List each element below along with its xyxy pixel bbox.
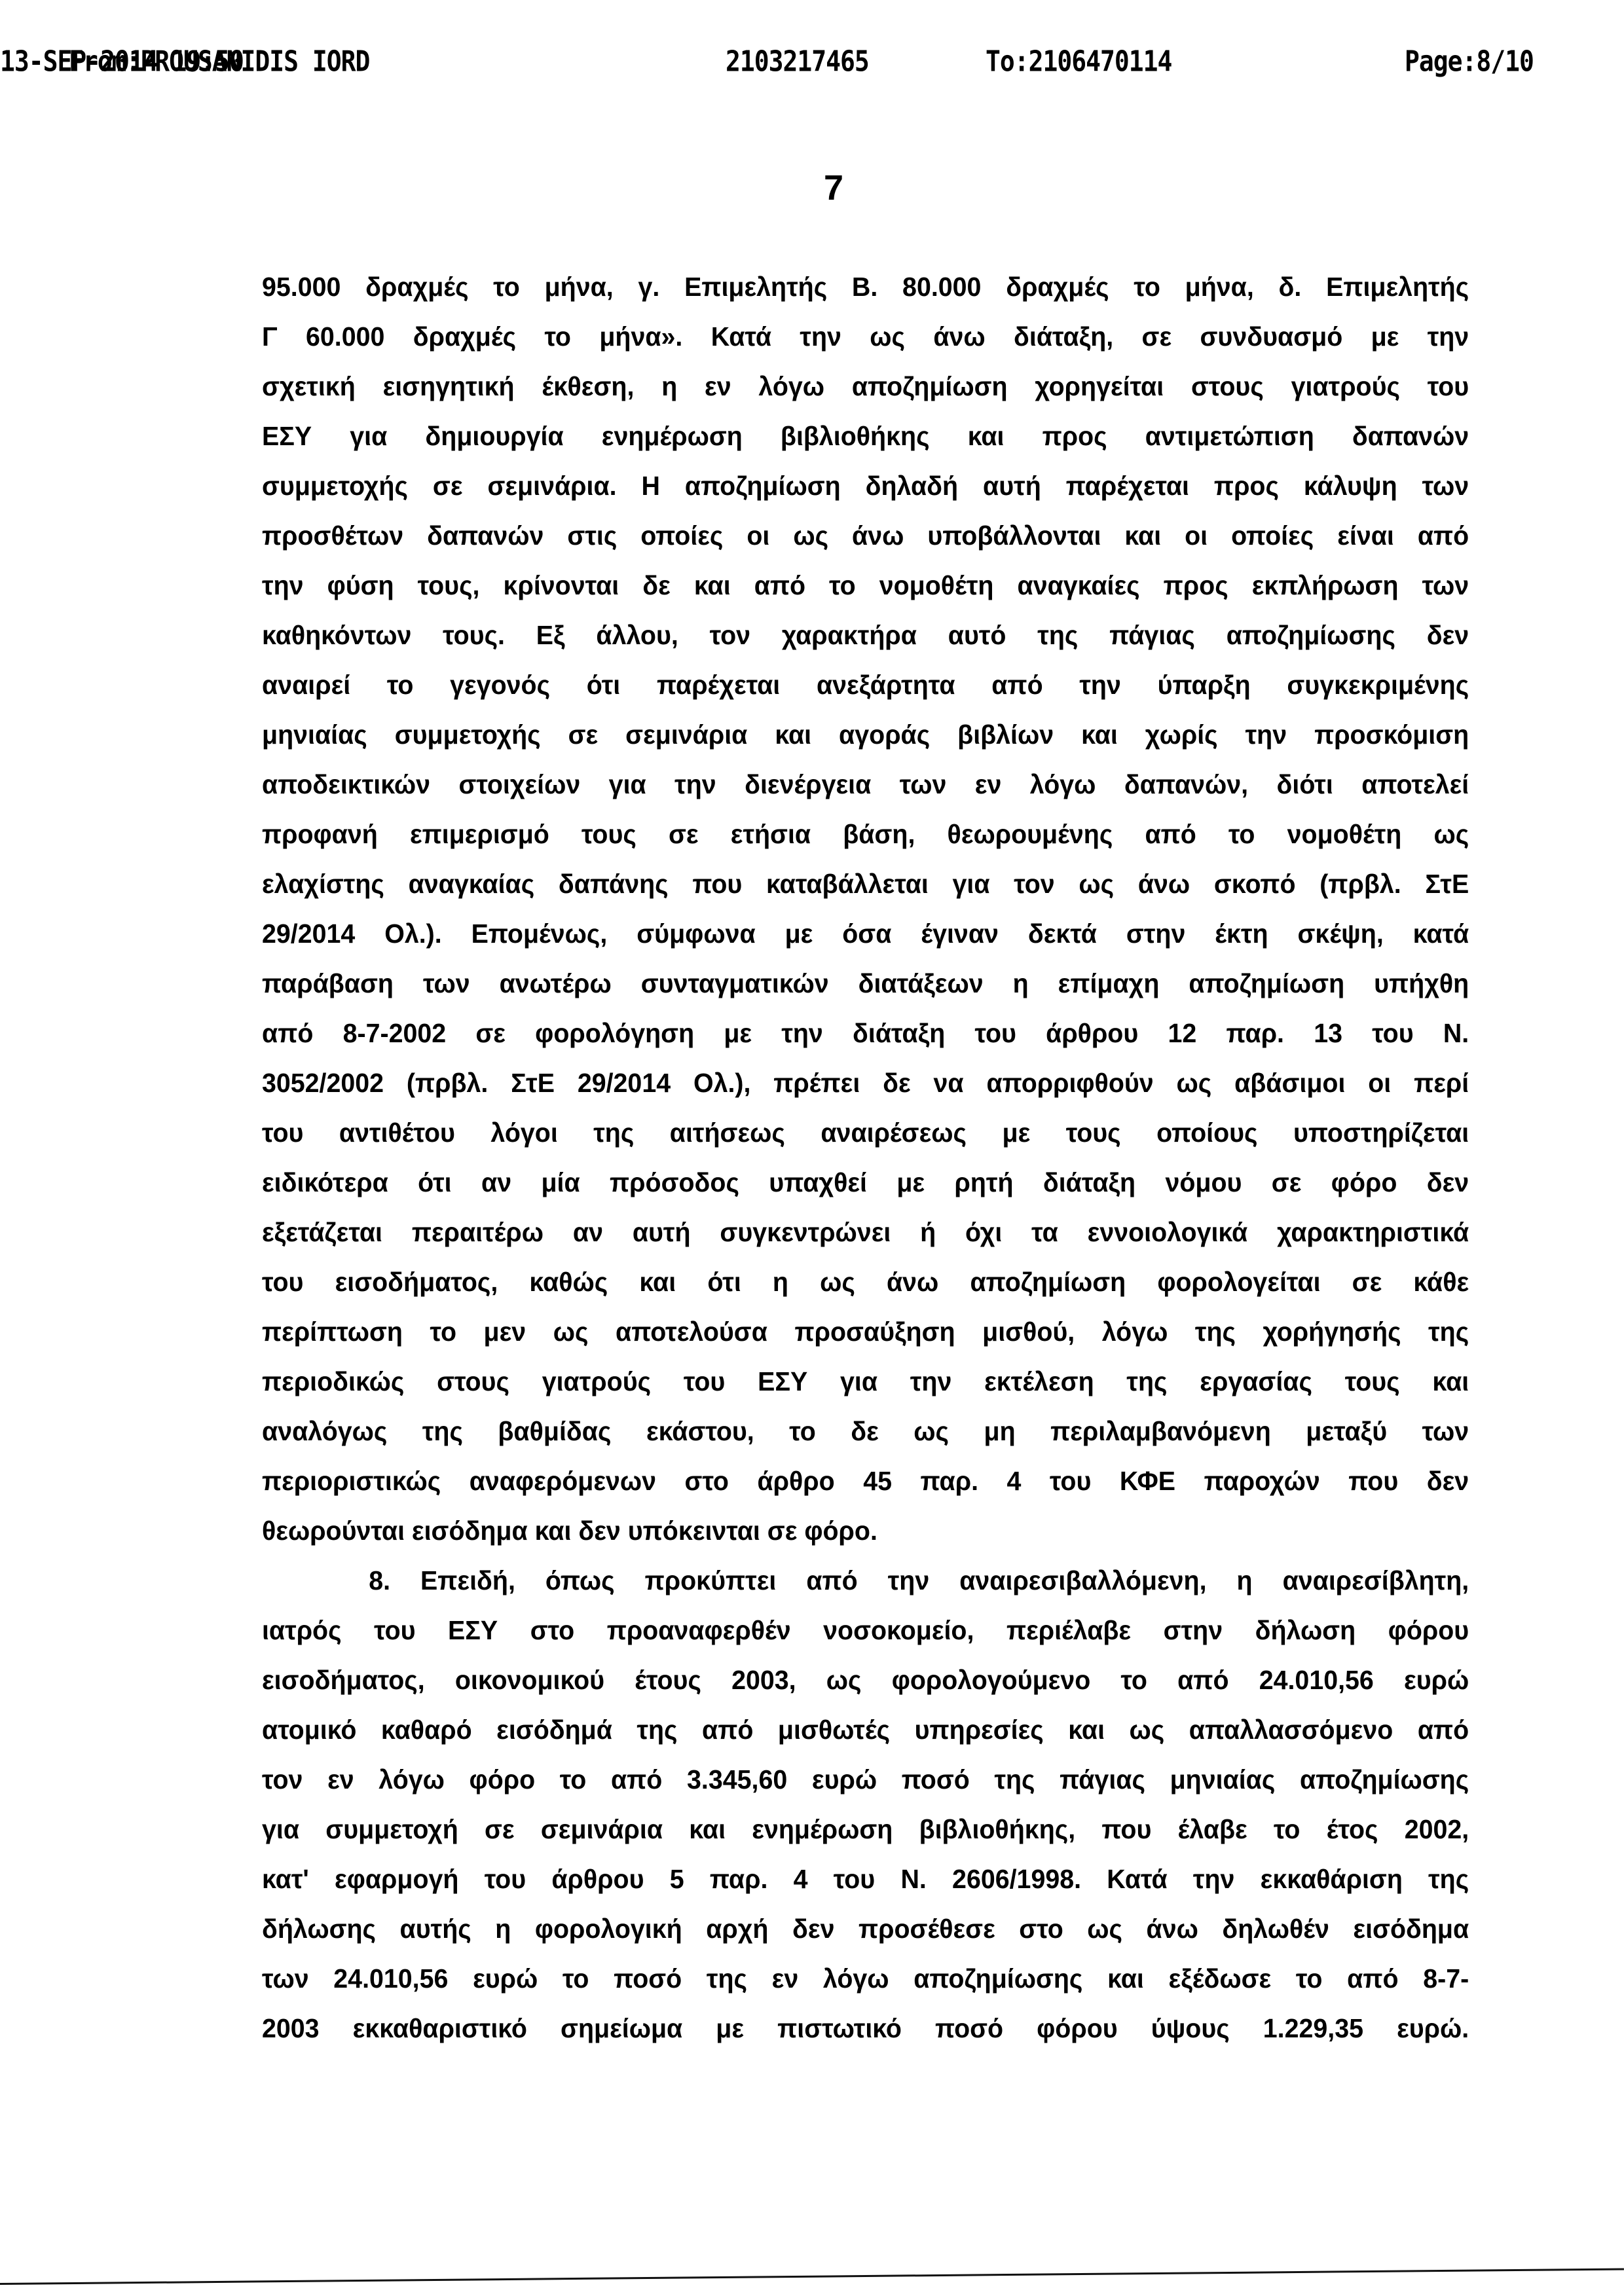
text-line: 29/2014 Ολ.). Επομένως, σύμφωνα με όσα έ… xyxy=(262,909,1425,958)
text-line: αναιρεί το γεγονός ότι παρέχεται ανεξάρτ… xyxy=(262,660,1425,710)
text-line: περιοδικώς στους γιατρούς του ΕΣΥ για τη… xyxy=(262,1357,1425,1406)
text-line: 8. Επειδή, όπως προκύπτει από την αναιρε… xyxy=(262,1556,1425,1605)
text-line: κατ' εφαρμογή του άρθρου 5 παρ. 4 του Ν.… xyxy=(262,1854,1425,1904)
text-line: καθηκόντων τους. Εξ άλλου, τον χαρακτήρα… xyxy=(262,610,1425,660)
text-line: εξετάζεται περαιτέρω αν αυτή συγκεντρώνε… xyxy=(262,1207,1425,1257)
text-line: ΕΣΥ για δημιουργία ενημέρωση βιβλιοθήκης… xyxy=(262,411,1425,461)
text-line: αναλόγως της βαθμίδας εκάστου, το δε ως … xyxy=(262,1406,1425,1456)
text-line: ελαχίστης αναγκαίας δαπάνης που καταβάλλ… xyxy=(262,859,1425,909)
text-line: συμμετοχής σε σεμινάρια. Η αποζημίωση δη… xyxy=(262,461,1425,511)
fax-recipient: To:2106470114 xyxy=(986,45,1172,78)
text-line: προσθέτων δαπανών στις οποίες οι ως άνω … xyxy=(262,511,1425,560)
text-line: του αντιθέτου λόγοι της αιτήσεως αναιρέσ… xyxy=(262,1108,1425,1157)
text-line: θεωρούνται εισόδημα και δεν υπόκεινται σ… xyxy=(262,1506,1425,1556)
text-line: αποδεικτικών στοιχείων για την διενέργει… xyxy=(262,759,1425,809)
text-line: για συμμετοχή σε σεμινάρια και ενημέρωση… xyxy=(262,1804,1425,1854)
text-line: 2003 εκκαθαριστικό σημείωμα με πιστωτικό… xyxy=(262,2003,1425,2053)
text-line: περιοριστικώς αναφερόμενων στο άρθρο 45 … xyxy=(262,1456,1425,1506)
fax-page-counter: Page:8/10 xyxy=(1405,45,1534,78)
text-line: δήλωσης αυτής η φορολογική αρχή δεν προσ… xyxy=(262,1904,1425,1954)
text-line: μηνιαίας συμμετοχής σε σεμινάρια και αγο… xyxy=(262,710,1425,759)
text-line: από 8-7-2002 σε φορολόγηση με την διάταξ… xyxy=(262,1008,1425,1058)
paragraph-section-8: 8. Επειδή, όπως προκύπτει από την αναιρε… xyxy=(262,1556,1473,2053)
page-number: 7 xyxy=(824,168,843,208)
text-line: ιατρός του ΕΣΥ στο προαναφερθέν νοσοκομε… xyxy=(262,1605,1425,1655)
scan-page-edge xyxy=(0,2268,1624,2285)
paragraph: 95.000 δραχμές το μήνα, γ. Επιμελητής Β.… xyxy=(262,262,1473,1556)
text-line: 3052/2002 (πρβλ. ΣτΕ 29/2014 Ολ.), πρέπε… xyxy=(262,1058,1425,1108)
text-line: εισοδήματος, οικονομικού έτους 2003, ως … xyxy=(262,1655,1425,1705)
fax-transmission-header: 13-SEP-2014 19:50 From:PROUSANIDIS IORD … xyxy=(0,45,1624,90)
text-line: 95.000 δραχμές το μήνα, γ. Επιμελητής Β.… xyxy=(262,262,1425,312)
text-line: του εισοδήματος, καθώς και ότι η ως άνω … xyxy=(262,1257,1425,1307)
text-line: την φύση τους, κρίνονται δε και από το ν… xyxy=(262,560,1425,610)
document-body: 95.000 δραχμές το μήνα, γ. Επιμελητής Β.… xyxy=(262,262,1473,2053)
text-line: προφανή επιμερισμό τους σε ετήσια βάση, … xyxy=(262,809,1425,859)
text-line: ατομικό καθαρό εισόδημά της από μισθωτές… xyxy=(262,1705,1425,1755)
text-line: παράβαση των ανωτέρω συνταγματικών διατά… xyxy=(262,958,1425,1008)
text-line: τον εν λόγω φόρο το από 3.345,60 ευρώ πο… xyxy=(262,1755,1425,1804)
text-line: των 24.010,56 ευρώ το ποσό της εν λόγω α… xyxy=(262,1954,1425,2003)
text-line: ειδικότερα ότι αν μία πρόσοδος υπαχθεί μ… xyxy=(262,1157,1425,1207)
text-line: Γ 60.000 δραχμές το μήνα». Κατά την ως ά… xyxy=(262,312,1425,361)
fax-sender-number: 2103217465 xyxy=(726,45,869,78)
text-line: σχετική εισηγητική έκθεση, η εν λόγω απο… xyxy=(262,361,1425,411)
text-line: περίπτωση το μεν ως αποτελούσα προσαύξησ… xyxy=(262,1307,1425,1357)
fax-sender: From:PROUSANIDIS IORD xyxy=(69,45,369,78)
